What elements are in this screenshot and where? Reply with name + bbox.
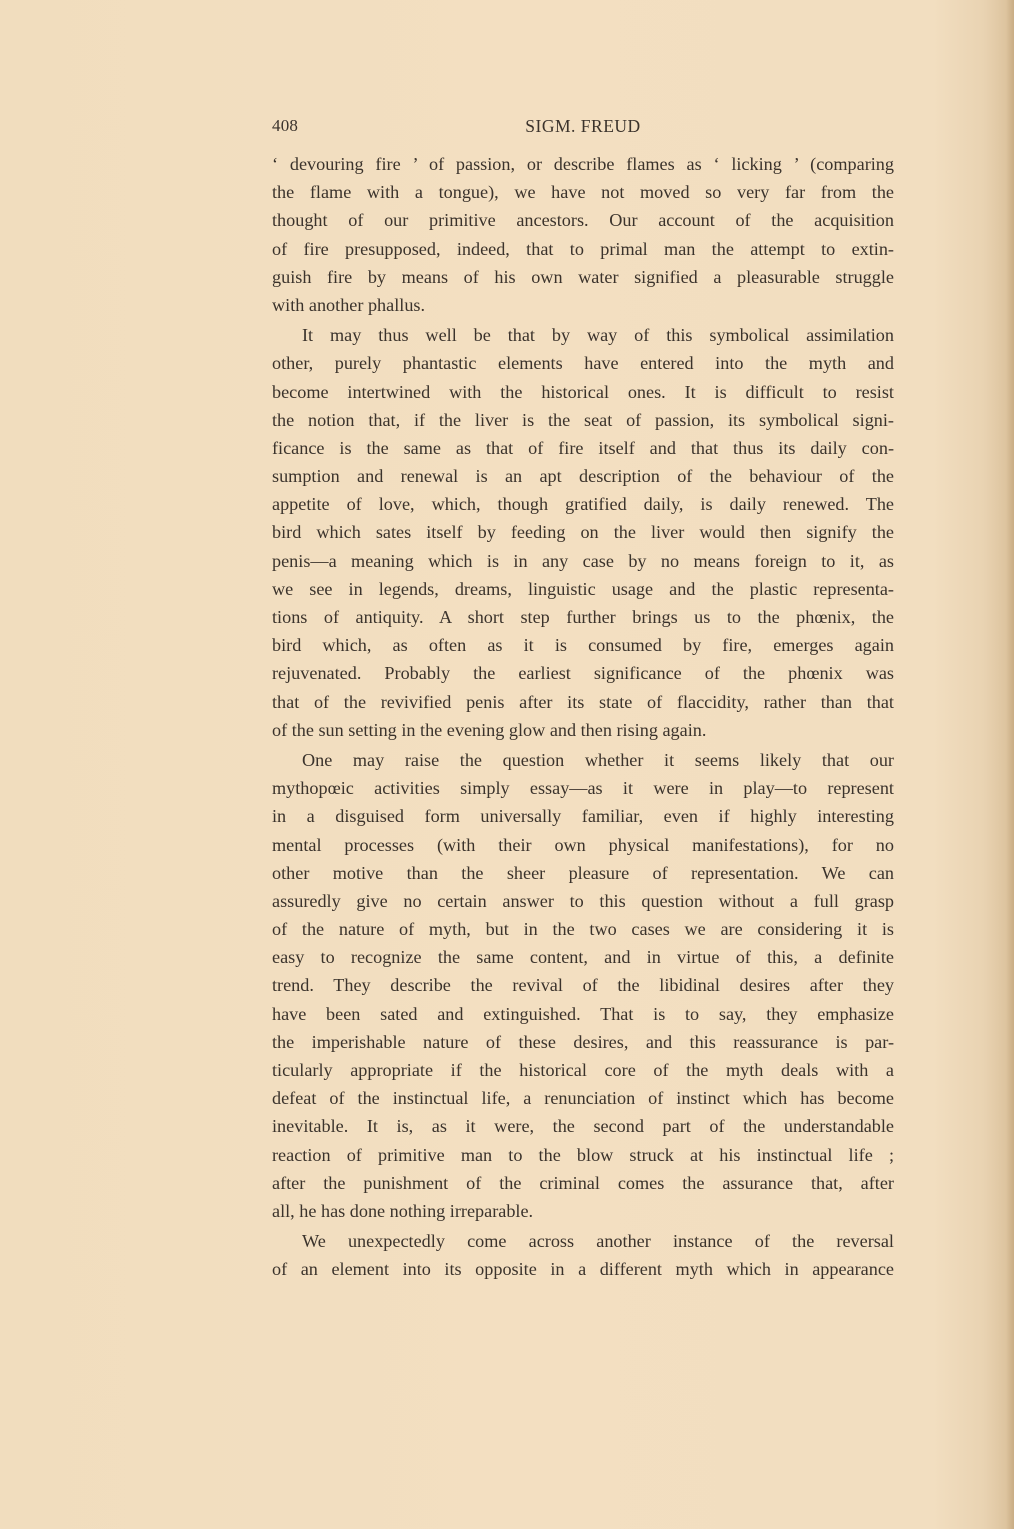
text-line: that of the revivified penis after its s…: [272, 688, 894, 716]
text-line: of the nature of myth, but in the two ca…: [272, 915, 894, 943]
text-line: reaction of primitive man to the blow st…: [272, 1141, 894, 1169]
paragraph-3: One may raise the question whether it se…: [272, 746, 894, 1225]
text-line: penis—a meaning which is in any case by …: [272, 547, 894, 575]
text-line: the notion that, if the liver is the sea…: [272, 406, 894, 434]
body-text: ‘ devouring fire ’ of passion, or descri…: [272, 150, 894, 1284]
text-line: sumption and renewal is an apt descripti…: [272, 462, 894, 490]
text-line: guish fire by means of his own water sig…: [272, 263, 894, 291]
text-line: in a disguised form universally familiar…: [272, 802, 894, 830]
paragraph-2: It may thus well be that by way of this …: [272, 321, 894, 744]
text-line: become intertwined with the historical o…: [272, 378, 894, 406]
text-line: with another phallus.: [272, 291, 894, 319]
text-line: We unexpectedly come across another inst…: [272, 1227, 894, 1255]
text-line: mental processes (with their own physica…: [272, 831, 894, 859]
text-line: One may raise the question whether it se…: [272, 746, 894, 774]
text-line: trend. They describe the revival of the …: [272, 971, 894, 999]
paragraph-1: ‘ devouring fire ’ of passion, or descri…: [272, 150, 894, 319]
paragraph-4: We unexpectedly come across another inst…: [272, 1227, 894, 1283]
page-header: 408 SIGM. FREUD: [272, 116, 894, 140]
text-line: all, he has done nothing irreparable.: [272, 1197, 894, 1225]
text-line: tions of antiquity. A short step further…: [272, 603, 894, 631]
text-line: bird which, as often as it is consumed b…: [272, 631, 894, 659]
text-line: of fire presupposed, indeed, that to pri…: [272, 235, 894, 263]
text-line: other, purely phantastic elements have e…: [272, 349, 894, 377]
text-line: other motive than the sheer pleasure of …: [272, 859, 894, 887]
text-line: defeat of the instinctual life, a renunc…: [272, 1084, 894, 1112]
text-line: appetite of love, which, though gratifie…: [272, 490, 894, 518]
text-line: It may thus well be that by way of this …: [272, 321, 894, 349]
text-line: rejuvenated. Probably the earliest signi…: [272, 659, 894, 687]
text-line: ‘ devouring fire ’ of passion, or descri…: [272, 150, 894, 178]
text-line: easy to recognize the same content, and …: [272, 943, 894, 971]
text-line: of an element into its opposite in a dif…: [272, 1255, 894, 1283]
page-edge-shadow: [1006, 0, 1014, 1529]
text-line: mythopœic activities simply essay—as it …: [272, 774, 894, 802]
scanned-book-page: 408 SIGM. FREUD ‘ devouring fire ’ of pa…: [0, 0, 1014, 1529]
text-line: bird which sates itself by feeding on th…: [272, 518, 894, 546]
text-line: after the punishment of the criminal com…: [272, 1169, 894, 1197]
text-line: the flame with a tongue), we have not mo…: [272, 178, 894, 206]
text-line: the imperishable nature of these desires…: [272, 1028, 894, 1056]
text-line: we see in legends, dreams, linguistic us…: [272, 575, 894, 603]
text-line: assuredly give no certain answer to this…: [272, 887, 894, 915]
text-line: inevitable. It is, as it were, the secon…: [272, 1112, 894, 1140]
text-line: thought of our primitive ancestors. Our …: [272, 206, 894, 234]
text-line: ficance is the same as that of fire itse…: [272, 434, 894, 462]
text-line: of the sun setting in the evening glow a…: [272, 716, 894, 744]
running-head: SIGM. FREUD: [272, 116, 894, 137]
text-line: ticularly appropriate if the historical …: [272, 1056, 894, 1084]
text-line: have been sated and extinguished. That i…: [272, 1000, 894, 1028]
